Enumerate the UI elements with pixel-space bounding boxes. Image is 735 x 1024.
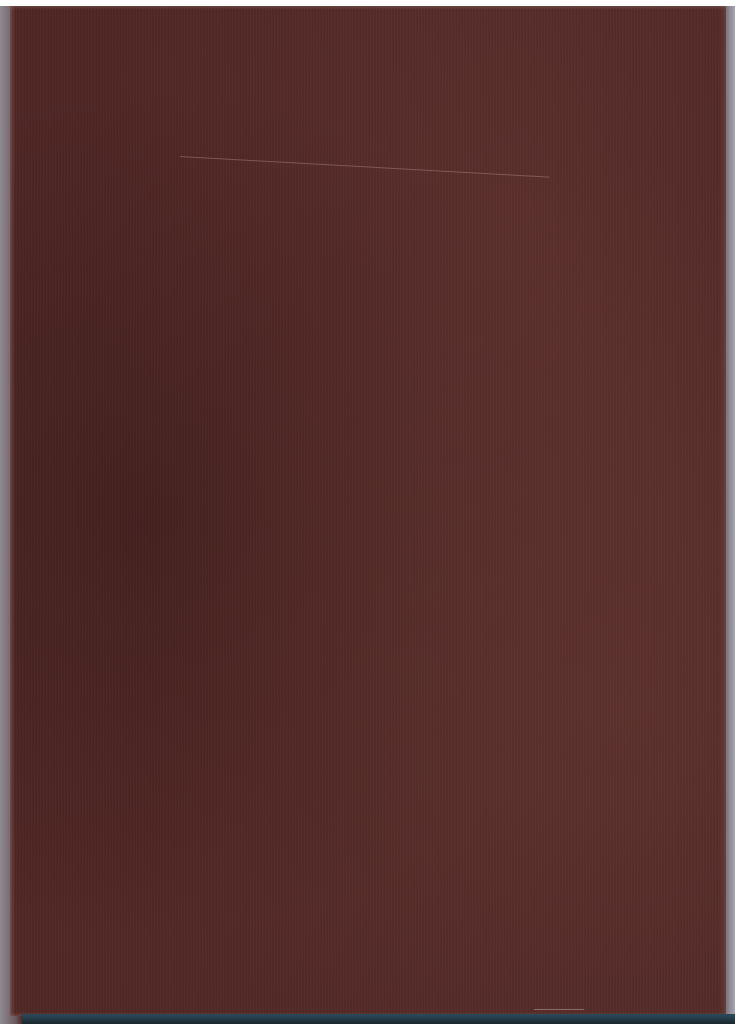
book-bottom-edge xyxy=(22,1014,735,1024)
book-cover xyxy=(10,6,726,1016)
cover-scratch xyxy=(180,156,549,178)
